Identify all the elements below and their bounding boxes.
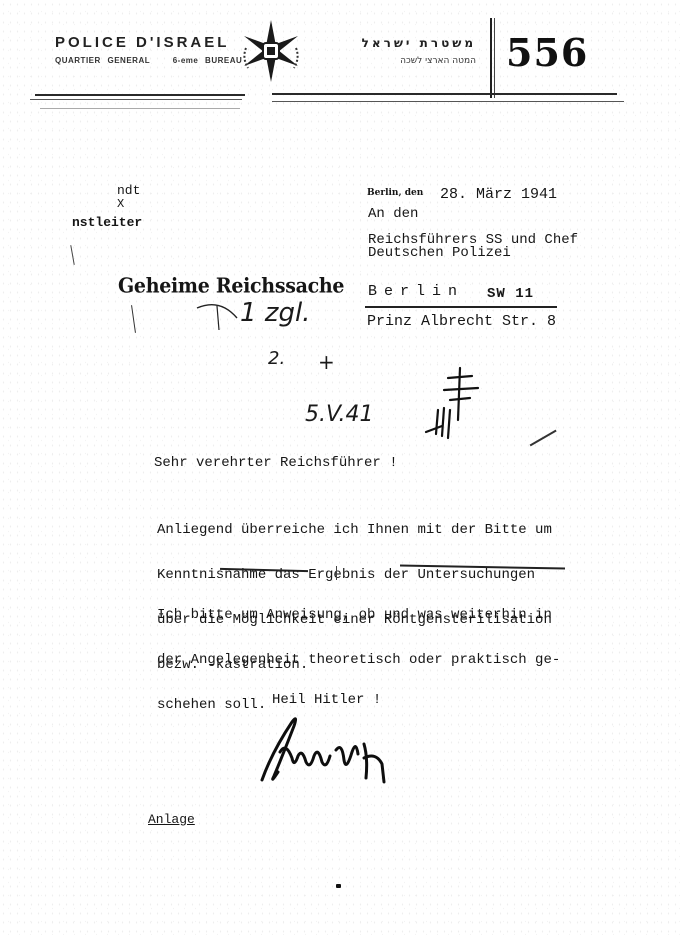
letterhead-divider [490,18,492,98]
sender-line-2: X [117,197,124,211]
letterhead-subline-he: המטה הארצי לשכה [346,56,476,66]
paragraph-line: Ich bitte um Anweisung, ob und was weite… [157,608,560,623]
recipient-an-den: An den [368,208,418,221]
pen-mark [530,430,557,446]
sender-line-1: ndt [117,183,140,198]
letterhead-subline-fr: QUARTIER GENERAL 6-eme BUREAU [55,56,242,65]
letterhead-rule [272,101,624,102]
pen-mark [70,245,74,265]
letterhead-hq: QUARTIER GENERAL [55,56,150,65]
classification-stamp: Geheime Reichssache [118,274,344,298]
handwritten-initials-mark [420,360,500,440]
recipient-title-2: Deutschen Polizei [368,247,511,260]
recipient-street: Prinz Albrecht Str. 8 [367,313,556,330]
handwritten-date-note: 5.V.41 [305,402,374,427]
letterhead-organization-he: משטרת ישראל [346,36,476,50]
paragraph-line: Anliegend überreiche ich Ihnen mit der B… [157,523,552,538]
handwritten-note-1: 1 zgl. [240,298,310,328]
enclosure-note: Anlage [148,812,195,827]
letterhead-rule [272,93,617,95]
paragraph-line: der Angelegenheit theoretisch oder prakt… [157,653,560,668]
letterhead-rule [35,94,245,96]
address-rule [365,306,557,308]
handwritten-note-3: + [318,350,335,374]
letter-salutation: Sehr verehrter Reichsführer ! [154,455,398,471]
police-star-emblem-icon [238,18,304,84]
letterhead-rule [30,99,242,100]
document-number: 556 [506,30,588,75]
letterhead-rule [40,108,240,109]
sender-line-3: nstleiter [72,215,142,230]
letterhead-divider-inner [494,18,495,98]
letterhead-bureau: 6-eme BUREAU [173,56,243,65]
pen-mark [131,305,136,333]
handwritten-signature [252,712,412,792]
recipient-city: Berlin [368,283,464,300]
recipient-postal-district: SW 11 [487,286,534,302]
punch-mark [336,884,341,888]
letterhead-organization-fr: POLICE D'ISRAEL [55,34,229,51]
letter-date: 28. März 1941 [440,186,557,203]
handwritten-note-2: 2. [268,348,285,369]
place-prefix: Berlin, den [367,188,423,198]
closing-greeting: Heil Hitler ! [272,692,381,708]
